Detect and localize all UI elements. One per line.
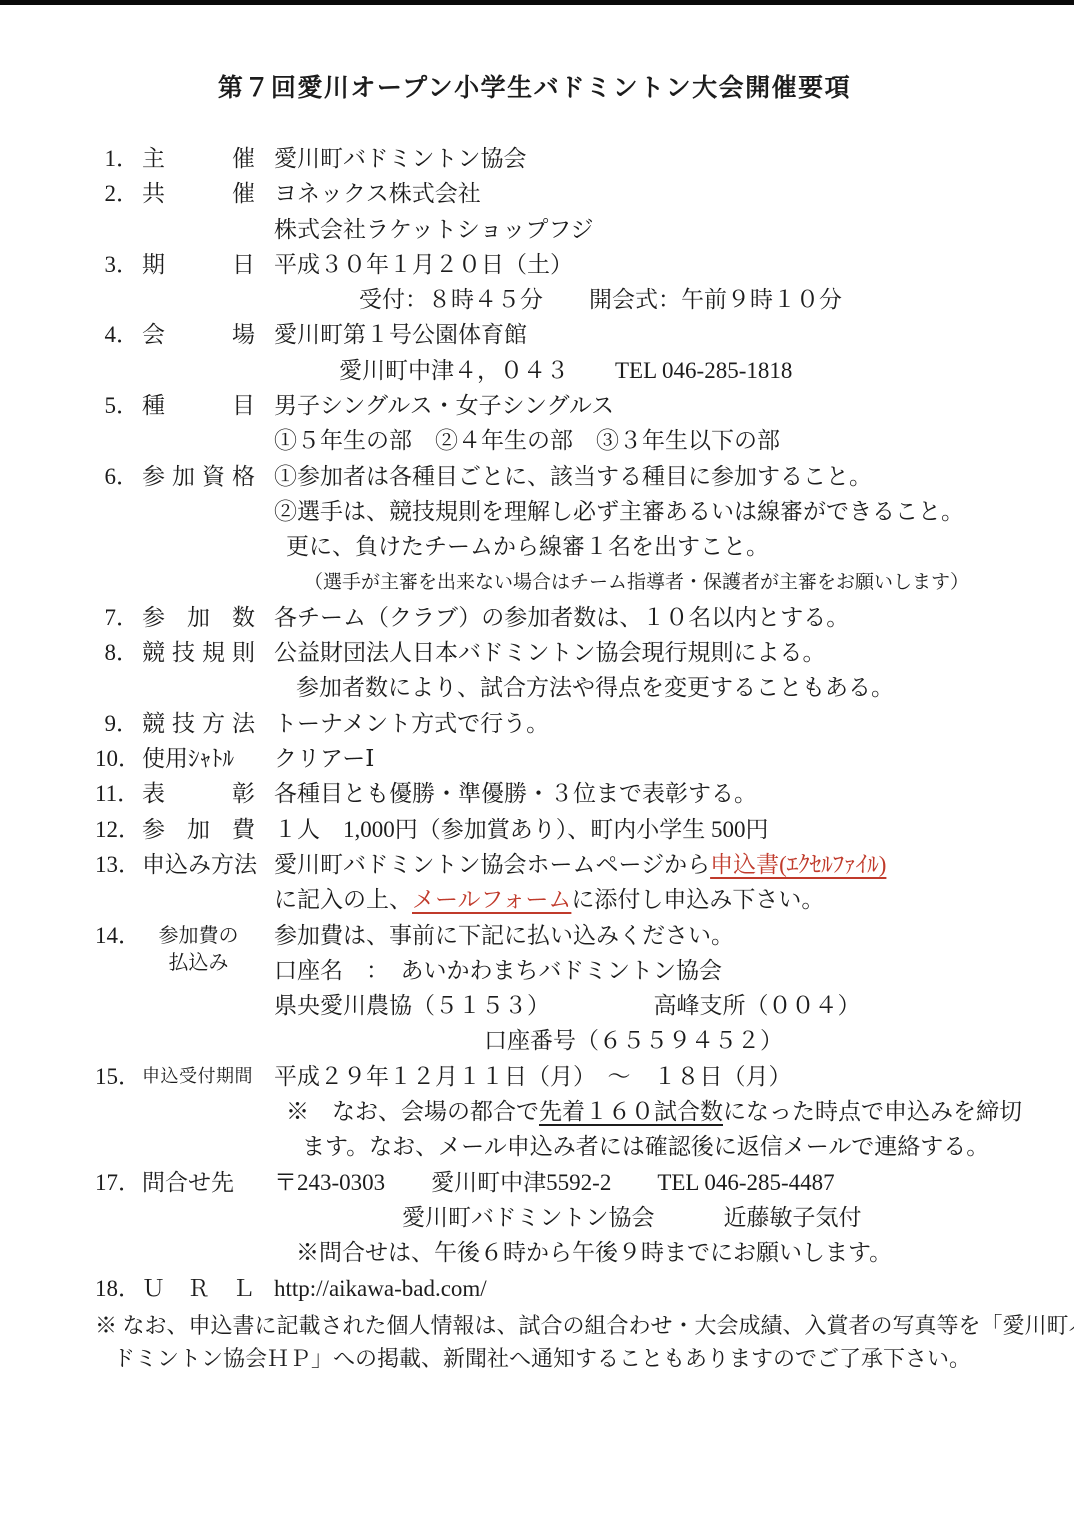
item-4-content: 愛川町第１号公園体育館 (274, 317, 527, 352)
item-15-cont-2-text: ます。なお、メール申込み者には確認後に返信メールで連絡する。 (302, 1129, 989, 1164)
item-6-cont-2-text: 更に、負けたチームから線審１名を出すこと。 (286, 529, 769, 564)
item-4-row: 4．会 場愛川町第１号公園体育館 (95, 317, 974, 352)
account-number-text: 口座番号（６５５９４５２） (484, 1023, 783, 1058)
item-8-cont: 参加者数により、試合方法や得点を変更することもある。 (95, 670, 974, 705)
item-5-cont-text: ①５年生の部 ②４年生の部 ③３年生以下の部 (274, 423, 780, 458)
url-text: http://aikawa-bad.com/ (274, 1271, 487, 1306)
item-8-content: 公益財団法人日本バドミントン協会現行規則による。 (274, 635, 826, 670)
item-3-number: 3． (95, 247, 139, 282)
bank-branch-text: 県央愛川農協（５１５３） 高峰支所（００４） (274, 988, 861, 1023)
item-13-cont: に記入の上、メールフォームに添付し申込み下さい。 (95, 882, 974, 917)
item-5-label: 種 目 (142, 388, 255, 423)
item-15-label: 申込受付期間 (142, 1059, 255, 1094)
item-18-row: 18．Ｕ Ｒ Ｌhttp://aikawa-bad.com/ (95, 1271, 974, 1306)
item-14-cont-2: 県央愛川農協（５１５３） 高峰支所（００４） (95, 988, 974, 1023)
item-15-note-post: になった時点で申込みを締切 (723, 1099, 1022, 1124)
item-2-number: 2． (95, 176, 139, 211)
item-8-cont-text: 参加者数により、試合方法や得点を変更することもある。 (296, 670, 894, 705)
item-2-content: ヨネックス株式会社 (274, 176, 481, 211)
account-name-text: 口座名 ： あいかわまちバドミントン協会 (274, 953, 722, 988)
item-3-cont-text: 受付：８時４５分 開会式：午前９時１０分 (359, 282, 842, 317)
match-limit-underlined: 先着１６０試合数 (539, 1099, 723, 1124)
item-13-label: 申込み方法 (142, 847, 255, 882)
item-8-number: 8． (95, 635, 139, 670)
item-14-label: 参加費の払込み (142, 918, 255, 977)
item-2-row: 2．共 催ヨネックス株式会社 (95, 176, 974, 211)
item-6-cont-2: 更に、負けたチームから線審１名を出すこと。 (95, 529, 974, 564)
item-7-label: 参 加 数 (142, 600, 255, 635)
item-11-row: 11．表 彰各種目とも優勝・準優勝・３位まで表彰する。 (95, 776, 974, 811)
item-13-content: 愛川町バドミントン協会ホームページから申込書(ｴｸｾﾙﾌｧｲﾙ) (274, 847, 886, 882)
item-11-label: 表 彰 (142, 776, 255, 811)
item-4-cont: 愛川町中津４，０４３ TEL 046-285-1818 (95, 353, 974, 388)
item-12-label: 参 加 費 (142, 812, 255, 847)
item-13-cont-text: に記入の上、メールフォームに添付し申込み下さい。 (274, 882, 824, 917)
item-14-content: 参加費は、事前に下記に払い込みください。 (274, 918, 734, 953)
item-17-label: 問合せ先 (142, 1165, 255, 1200)
item-6-cont-3-text: （選手が主審を出来ない場合はチーム指導者・保護者が主審をお願いします） (304, 565, 969, 600)
item-15-cont-1-text: ※ なお、会場の都合で先着１６０試合数になった時点で申込みを締切 (286, 1094, 1022, 1129)
item-17-cont-1: 愛川町バドミントン協会 近藤敏子気付 (95, 1200, 974, 1235)
item-6-content: ①参加者は各種目ごとに、該当する種目に参加すること。 (274, 459, 872, 494)
item-18-number: 18． (95, 1271, 139, 1306)
item-5-number: 5． (95, 388, 139, 423)
item-13-cont-pre: に記入の上、 (274, 887, 412, 912)
item-6-label: 参加資格 (142, 459, 255, 494)
item-11-number: 11． (95, 776, 139, 811)
item-10-row: 10．使用ｼｬﾄﾙクリアーⅠ (95, 741, 974, 776)
privacy-note-line1: ※ なお、申込書に記載された個人情報は、試合の組合わせ・大会成績、入賞者の写真等… (95, 1309, 974, 1342)
item-14-row: 14．参加費の払込み参加費は、事前に下記に払い込みください。 (95, 918, 974, 953)
item-2-label: 共 催 (142, 176, 255, 211)
item-14-number: 14． (95, 918, 139, 953)
contact-person-text: 愛川町バドミントン協会 近藤敏子気付 (402, 1200, 862, 1235)
item-3-row: 3．期 日平成３０年１月２０日（土） (95, 247, 974, 282)
item-3-label: 期 日 (142, 247, 255, 282)
item-5-row: 5．種 目男子シングルス・女子シングルス (95, 388, 974, 423)
item-13-content-pre: 愛川町バドミントン協会ホームページから (274, 852, 710, 877)
mail-form-link[interactable]: メールフォーム (412, 887, 571, 912)
item-3-cont: 受付：８時４５分 開会式：午前９時１０分 (95, 282, 974, 317)
item-14-cont-3: 口座番号（６５５９４５２） (95, 1023, 974, 1058)
item-6-cont-1: ②選手は、競技規則を理解し必ず主審あるいは線審ができること。 (95, 494, 974, 529)
item-1-row: 1．主 催愛川町バドミントン協会 (95, 141, 974, 176)
item-12-content: １人 1,000円（参加賞あり）、町内小学生 500円 (274, 812, 769, 847)
item-5-cont: ①５年生の部 ②４年生の部 ③３年生以下の部 (95, 423, 974, 458)
item-10-number: 10． (95, 741, 139, 776)
item-15-number: 15． (95, 1059, 139, 1094)
item-4-number: 4． (95, 317, 139, 352)
item-6-row: 6．参加資格①参加者は各種目ごとに、該当する種目に参加すること。 (95, 459, 974, 494)
item-12-number: 12． (95, 812, 139, 847)
item-2-cont-text: 株式会社ラケットショップフジ (274, 212, 593, 247)
item-15-cont-1: ※ なお、会場の都合で先着１６０試合数になった時点で申込みを締切 (95, 1094, 974, 1129)
item-10-content: クリアーⅠ (274, 741, 374, 776)
item-7-content: 各チーム（クラブ）の参加者数は、１０名以内とする。 (274, 600, 849, 635)
item-18-label: Ｕ Ｒ Ｌ (142, 1271, 255, 1306)
privacy-note-line2: ドミントン協会ＨＰ」への掲載、新聞社へ通知することもありますのでご了承下さい。 (95, 1342, 974, 1375)
item-5-content: 男子シングルス・女子シングルス (274, 388, 614, 423)
item-4-label: 会 場 (142, 317, 255, 352)
item-6-cont-1-text: ②選手は、競技規則を理解し必ず主審あるいは線審ができること。 (274, 494, 964, 529)
item-17-number: 17． (95, 1165, 139, 1200)
item-15-note-pre: ※ なお、会場の都合で (286, 1099, 539, 1124)
item-9-row: 9．競技方法トーナメント方式で行う。 (95, 706, 974, 741)
contact-hours-text: ※問合せは、午後６時から午後９時までにお願いします。 (296, 1235, 892, 1270)
item-8-label: 競技規則 (142, 635, 255, 670)
item-1-number: 1． (95, 141, 139, 176)
item-9-content: トーナメント方式で行う。 (274, 706, 549, 741)
document-sheet: 第７回愛川オープン小学生バドミントン大会開催要項 1．主 催愛川町バドミントン協… (0, 5, 1074, 1375)
application-form-link[interactable]: 申込書(ｴｸｾﾙﾌｧｲﾙ) (710, 852, 886, 877)
item-8-row: 8．競技規則公益財団法人日本バドミントン協会現行規則による。 (95, 635, 974, 670)
item-12-row: 12．参 加 費１人 1,000円（参加賞あり）、町内小学生 500円 (95, 812, 974, 847)
item-7-row: 7．参 加 数各チーム（クラブ）の参加者数は、１０名以内とする。 (95, 600, 974, 635)
item-15-cont-2: ます。なお、メール申込み者には確認後に返信メールで連絡する。 (95, 1129, 974, 1164)
item-14-label-line2: 払込み (142, 950, 255, 977)
item-6-number: 6． (95, 459, 139, 494)
item-1-label: 主 催 (142, 141, 255, 176)
item-3-content: 平成３０年１月２０日（土） (274, 247, 573, 282)
item-1-content: 愛川町バドミントン協会 (274, 141, 527, 176)
item-14-label-line1: 参加費の (142, 923, 255, 950)
item-9-label: 競技方法 (142, 706, 255, 741)
document-title: 第７回愛川オープン小学生バドミントン大会開催要項 (95, 71, 974, 107)
item-13-row: 13．申込み方法愛川町バドミントン協会ホームページから申込書(ｴｸｾﾙﾌｧｲﾙ) (95, 847, 974, 882)
item-2-cont: 株式会社ラケットショップフジ (95, 212, 974, 247)
item-17-cont-2: ※問合せは、午後６時から午後９時までにお願いします。 (95, 1235, 974, 1270)
item-11-content: 各種目とも優勝・準優勝・３位まで表彰する。 (274, 776, 757, 811)
item-6-cont-3: （選手が主審を出来ない場合はチーム指導者・保護者が主審をお願いします） (95, 565, 974, 600)
item-9-number: 9． (95, 706, 139, 741)
contact-address-text: 〒243-0303 愛川町中津5592-2 TEL 046-285-4487 (274, 1165, 835, 1200)
item-4-cont-text: 愛川町中津４，０４３ TEL 046-285-1818 (339, 353, 792, 388)
item-15-row: 15．申込受付期間平成２９年１２月１１日（月） ～ １８日（月） (95, 1059, 974, 1094)
item-15-content: 平成２９年１２月１１日（月） ～ １８日（月） (274, 1059, 792, 1094)
item-13-cont-post: に添付し申込み下さい。 (571, 887, 824, 912)
item-17-row: 17．問合せ先〒243-0303 愛川町中津5592-2 TEL 046-285… (95, 1165, 974, 1200)
item-13-number: 13． (95, 847, 139, 882)
item-10-label: 使用ｼｬﾄﾙ (142, 741, 255, 776)
privacy-note: ※ なお、申込書に記載された個人情報は、試合の組合わせ・大会成績、入賞者の写真等… (95, 1309, 974, 1375)
item-7-number: 7． (95, 600, 139, 635)
